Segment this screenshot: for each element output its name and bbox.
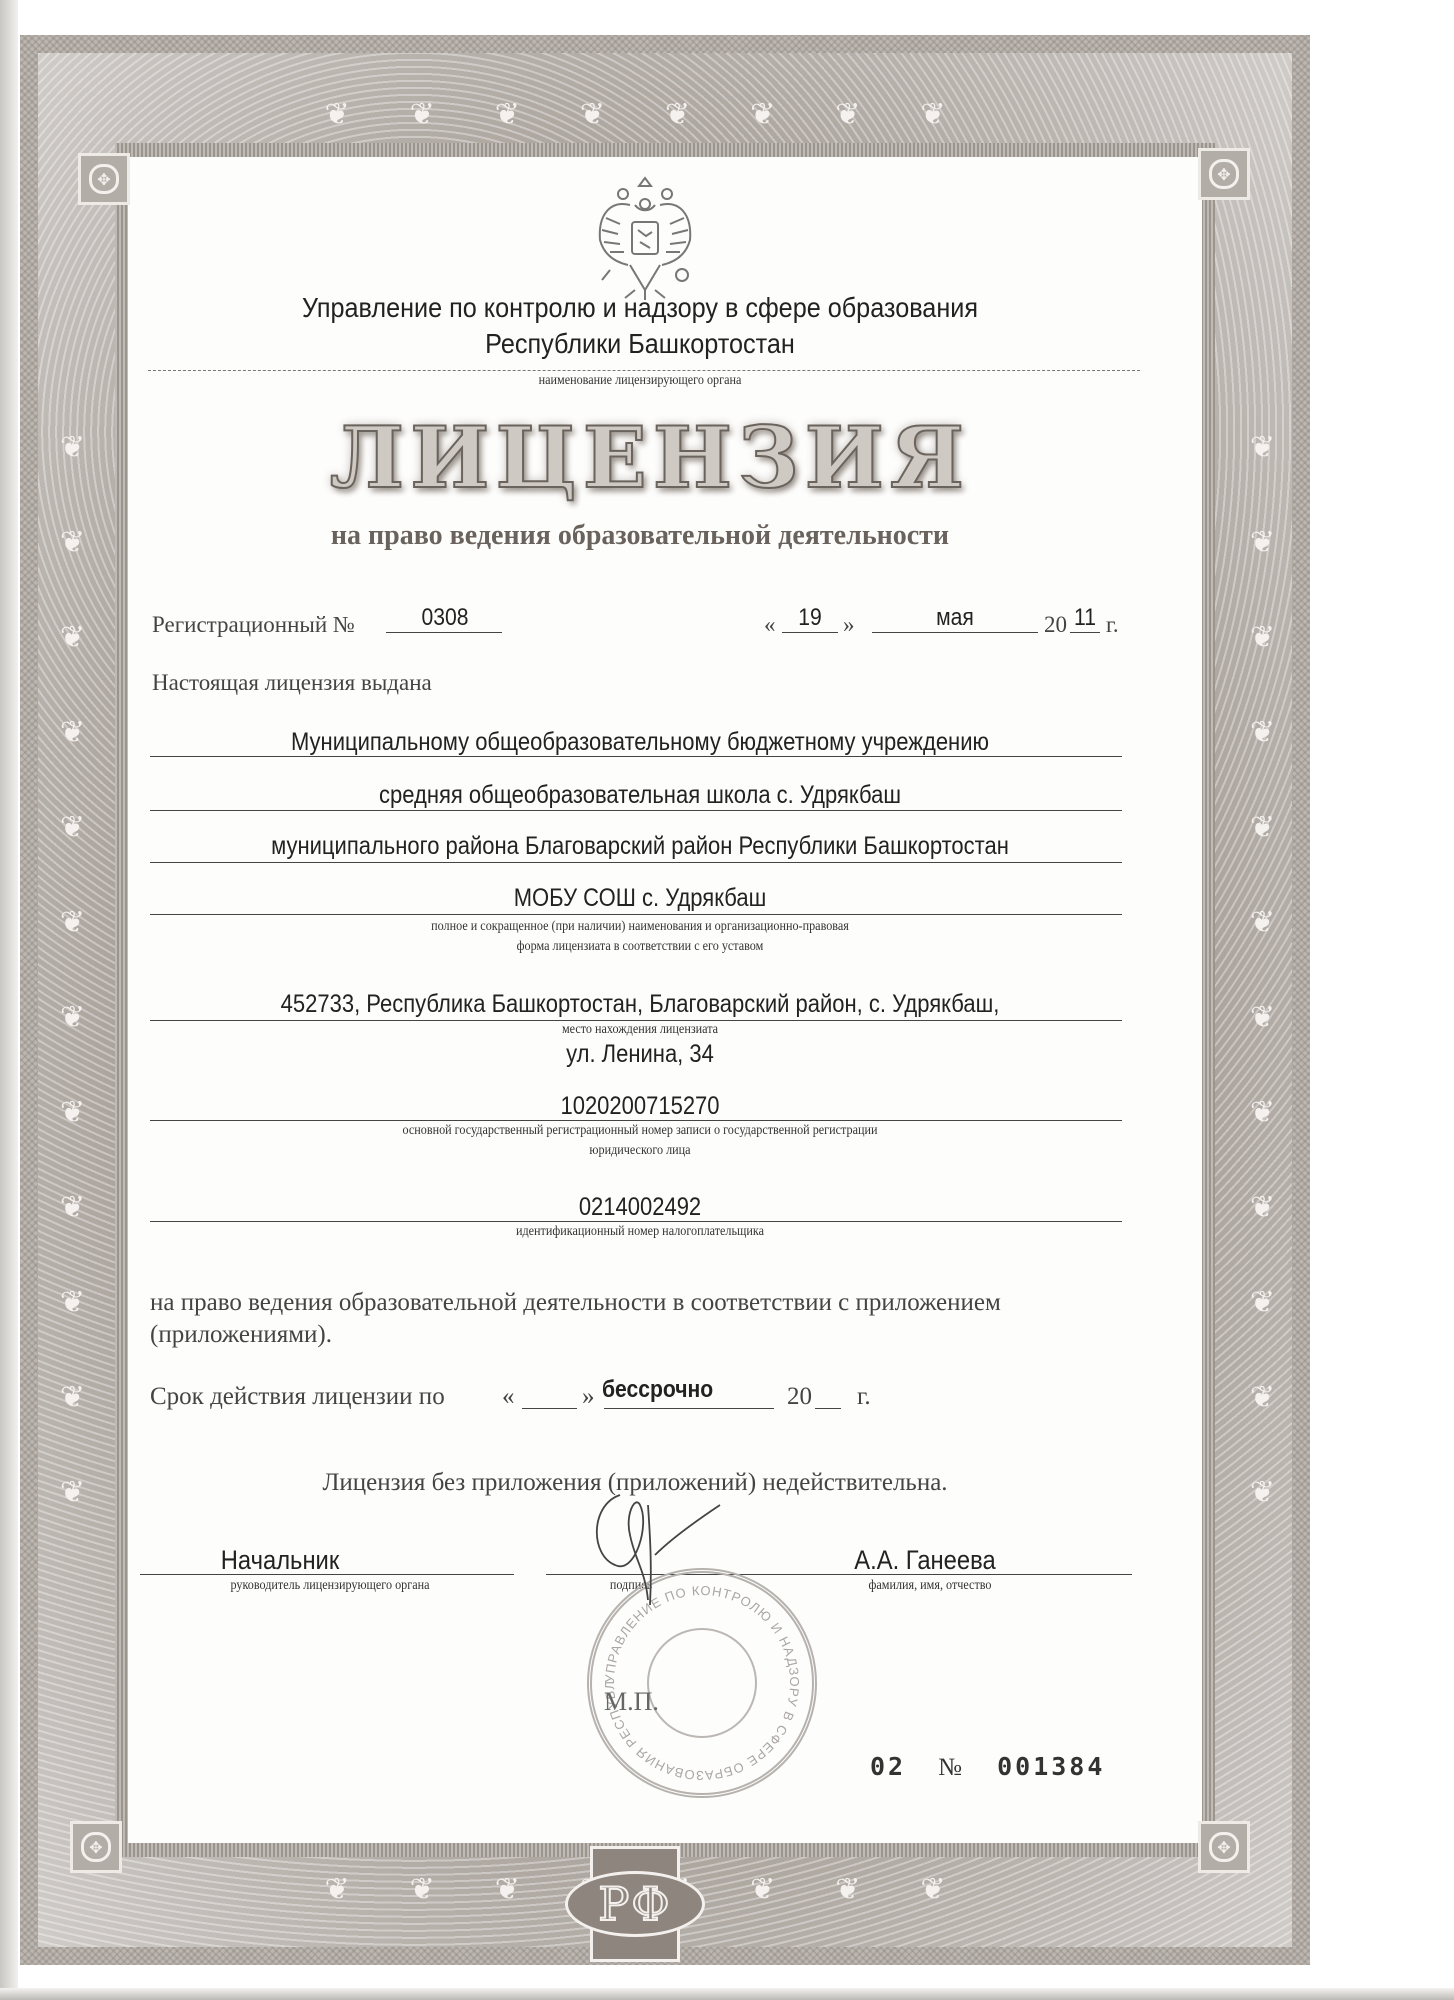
inn-value: 0214002492 (200, 1193, 1080, 1222)
rosette-icon: ✥ (70, 1821, 122, 1873)
signatory-name: А.А. Ганеева (815, 1545, 1035, 1576)
position-rule (140, 1574, 514, 1575)
left-ornament: ❦❦❦❦❦❦❦❦❦❦❦❦ (50, 175, 90, 1825)
inn-caption: идентификационный номер налогоплательщик… (370, 1223, 910, 1239)
rosette-icon: ✥ (78, 153, 130, 205)
validity-close-quote: » (582, 1383, 595, 1411)
date-day: 19 (784, 604, 837, 632)
form-number: 001384 (997, 1752, 1105, 1781)
licensee-address-line2: ул. Ленина, 34 (200, 1040, 1080, 1069)
licensee-line4-rule (150, 914, 1122, 915)
validity-day-rule (522, 1408, 577, 1409)
date-year-suffix: 11 (1070, 604, 1100, 632)
date-year-unit: г. (1106, 612, 1119, 638)
validity-open-quote: « (502, 1383, 515, 1411)
name-caption: фамилия, имя, отчество (831, 1577, 1029, 1593)
authority-rule (148, 370, 1140, 371)
rosette-icon: ✥ (1198, 1821, 1250, 1873)
date-close-quote: » (843, 612, 855, 638)
position-caption: руководитель лицензирующего органа (159, 1577, 501, 1593)
handwritten-signature (570, 1465, 730, 1625)
validity-value-rule (604, 1408, 774, 1409)
licensee-name-line2: средняя общеобразовательная школа с. Удр… (200, 781, 1080, 810)
licensee-line1-rule (150, 756, 1122, 757)
document-subtitle: на право ведения образовательной деятель… (140, 520, 1140, 552)
validity-year-unit: г. (857, 1383, 871, 1411)
date-month-rule (872, 632, 1038, 633)
authority-name-line1: Управление по контролю и надзору в сфере… (190, 292, 1090, 324)
authority-name-line2: Республики Башкортостан (190, 328, 1090, 360)
ogrn-caption2: юридического лица (235, 1142, 1045, 1158)
ogrn-rule (150, 1120, 1122, 1121)
date-year-prefix: 20 (1044, 612, 1067, 638)
ogrn-caption1: основной государственный регистрационный… (235, 1122, 1045, 1138)
authority-caption: наименование лицензирующего органа (370, 372, 910, 388)
registration-number-rule (386, 632, 502, 633)
purpose-line2: (приложениями). (150, 1321, 332, 1349)
top-ornament: ❦❦❦❦❦❦❦❦ (120, 97, 1210, 132)
licensee-name-line3: муниципального района Благоварский район… (200, 832, 1080, 861)
ogrn-value: 1020200715270 (200, 1092, 1080, 1121)
validity-label: Срок действия лицензии по (150, 1383, 445, 1411)
registration-label: Регистрационный № (152, 612, 355, 638)
licensee-address-line1: 452733, Республика Башкортостан, Благова… (200, 990, 1080, 1019)
date-day-rule (782, 632, 838, 633)
document-title: ЛИЦЕНЗИЯ (200, 408, 1100, 507)
double-headed-eagle-icon (590, 170, 700, 305)
licensee-line2-rule (150, 810, 1122, 811)
validity-year-rule (815, 1408, 841, 1409)
seal-place-label: М.П. (604, 1687, 659, 1717)
scan-edge-shadow (0, 0, 18, 2000)
address-caption: место нахождения лицензиата (370, 1021, 910, 1037)
date-month: мая (880, 604, 1030, 632)
validity-year-prefix: 20 (787, 1383, 812, 1411)
rosette-icon: ✥ (1198, 148, 1250, 200)
purpose-line1: на право ведения образовательной деятель… (150, 1289, 1001, 1317)
validity-value: бессрочно (602, 1376, 743, 1404)
number-sign: № (938, 1754, 965, 1781)
registration-number: 0308 (392, 604, 498, 632)
form-serial-number: 02 № 001384 (870, 1752, 1105, 1782)
signatory-position: Начальник (166, 1545, 395, 1576)
licensee-line3-rule (150, 862, 1122, 863)
licensee-name-caption2: форма лицензиата в соответствии с его ус… (280, 938, 1000, 954)
rf-emblem: РФ (590, 1846, 680, 1962)
licensee-name-caption1: полное и сокращенное (при наличии) наиме… (280, 918, 1000, 934)
issued-to-label: Настоящая лицензия выдана (152, 670, 432, 696)
licensee-short-name: МОБУ СОШ с. Удрякбаш (200, 884, 1080, 913)
date-open-quote: « (764, 612, 776, 638)
licensee-name-line1: Муниципальному общеобразовательному бюдж… (200, 728, 1080, 757)
inn-rule (150, 1221, 1122, 1222)
date-year-rule (1070, 632, 1100, 633)
rf-emblem-letters: РФ (598, 1877, 671, 1931)
scan-bottom-edge (0, 1988, 1454, 2000)
right-ornament: ❦❦❦❦❦❦❦❦❦❦❦❦ (1240, 175, 1280, 1825)
form-series: 02 (870, 1752, 906, 1781)
